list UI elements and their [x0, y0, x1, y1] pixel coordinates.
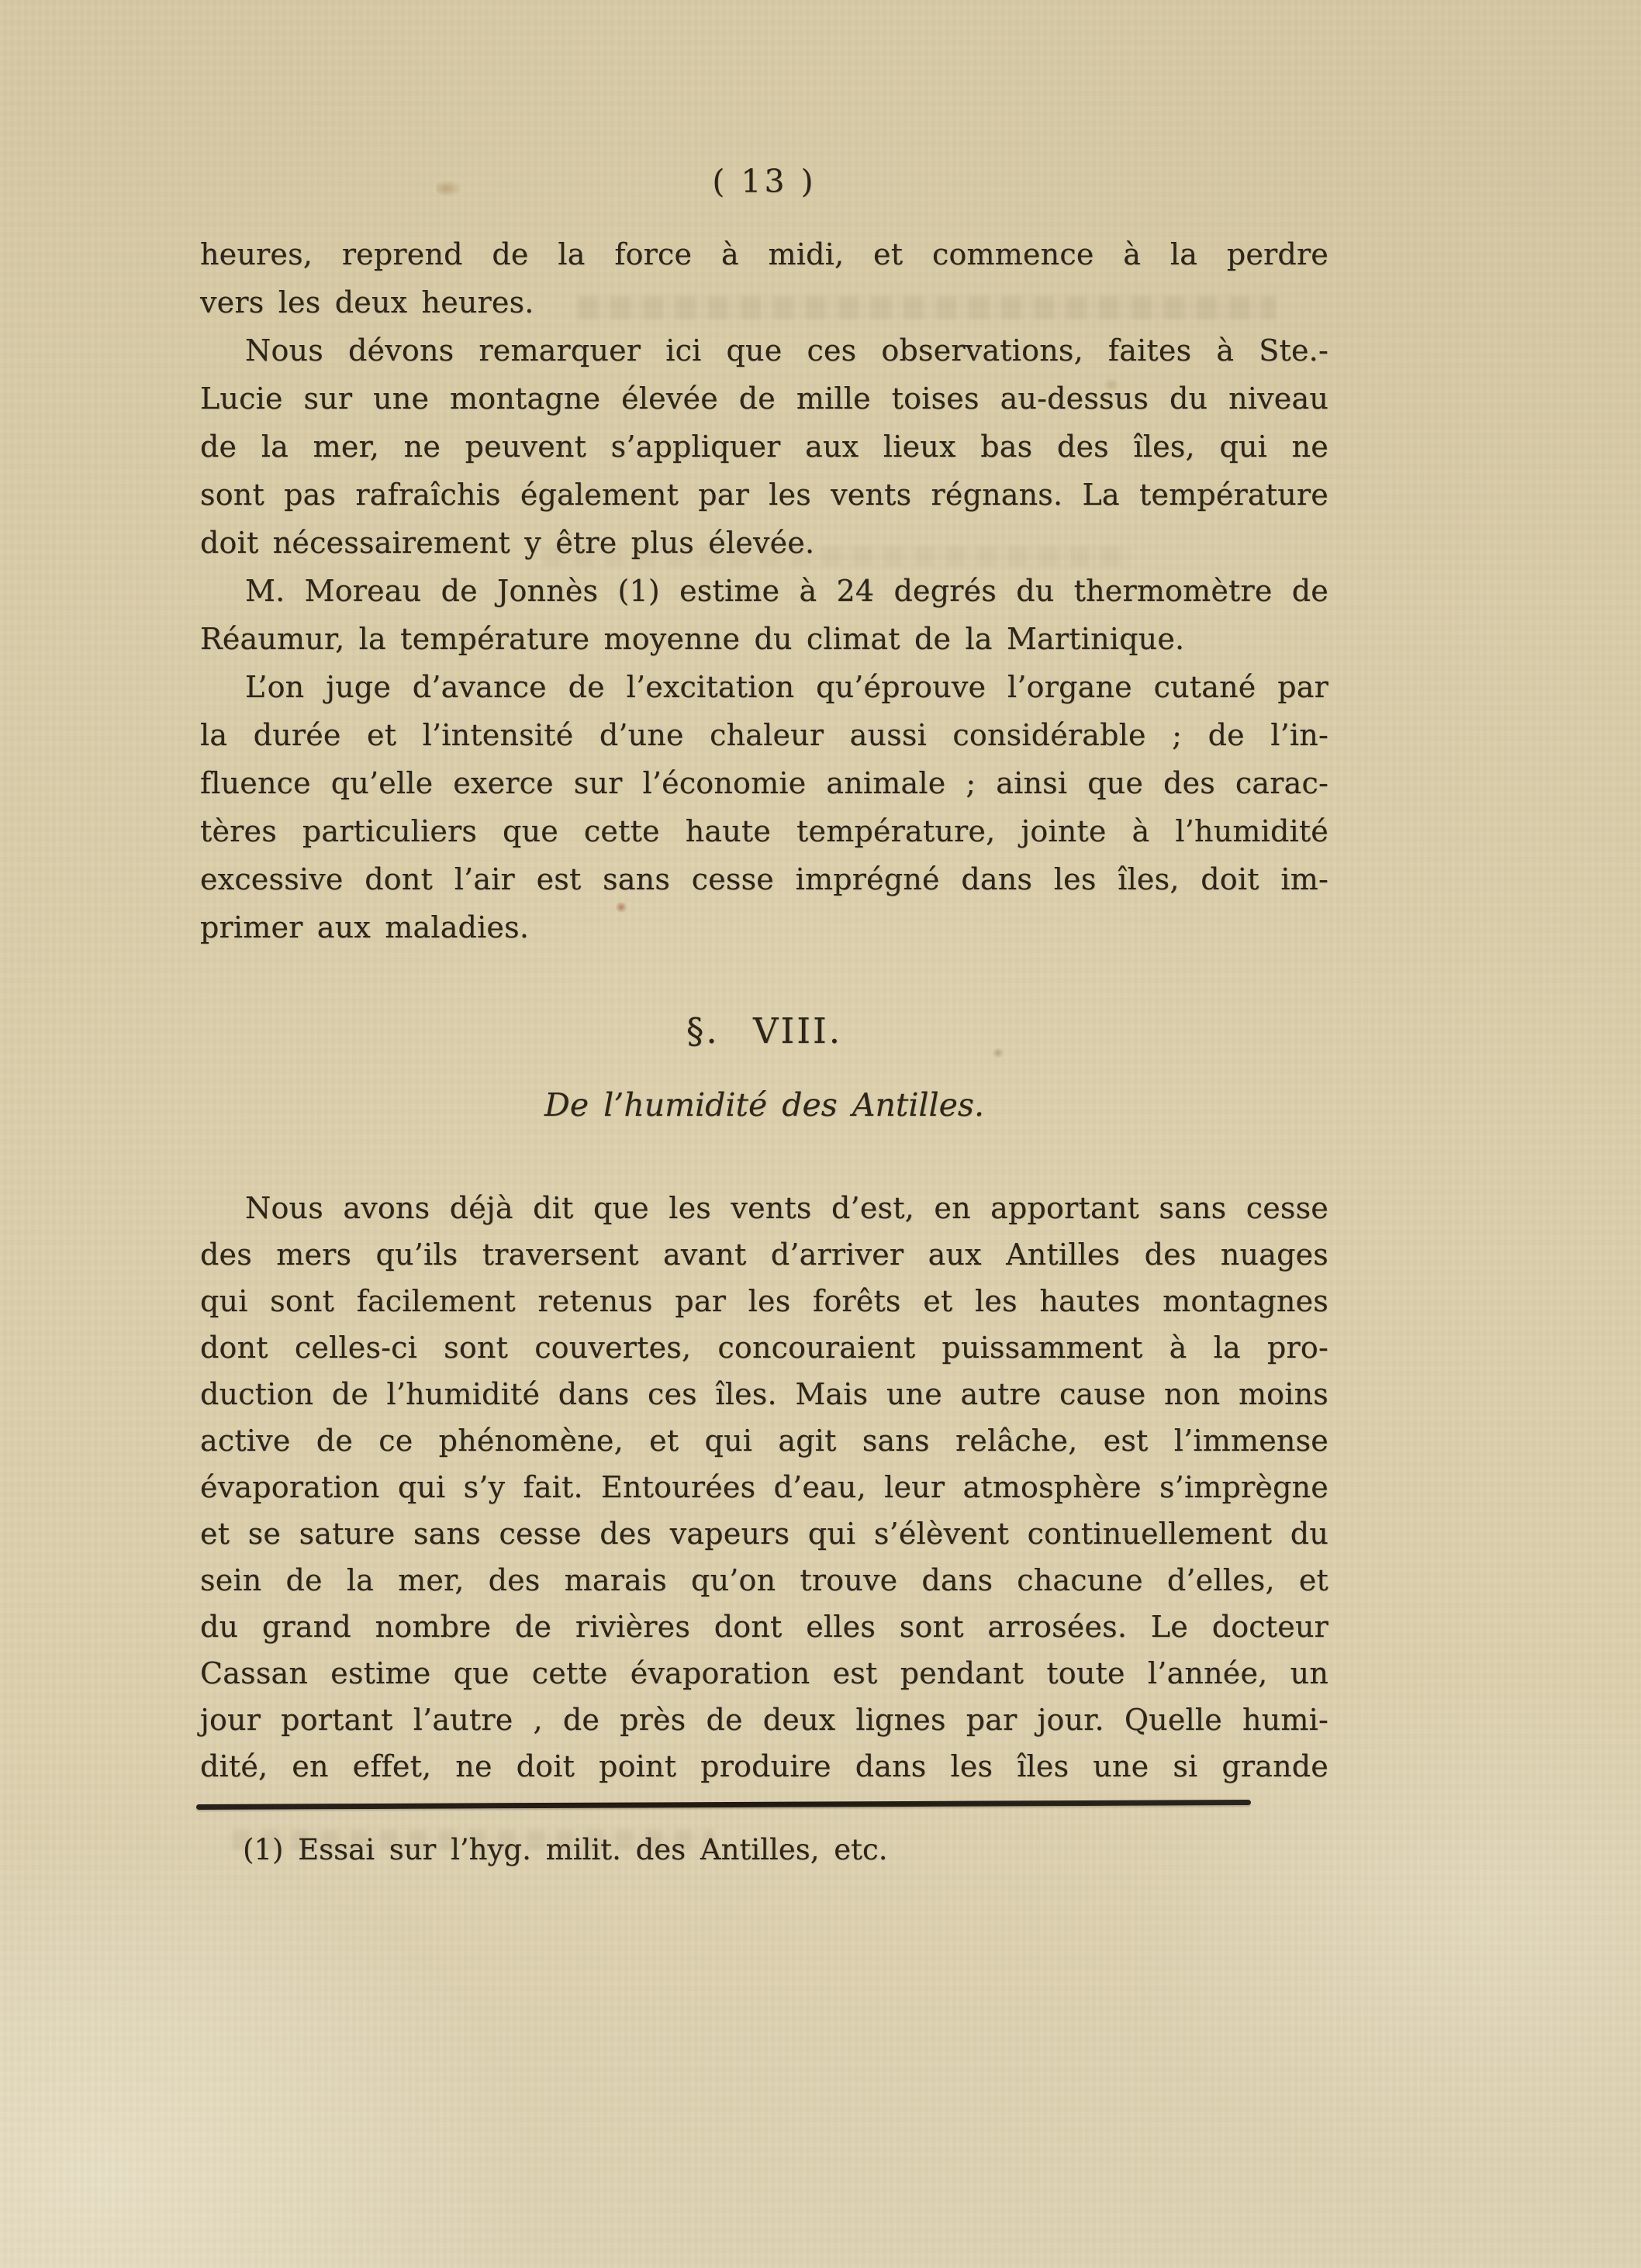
page-number: ( 13 ) [200, 157, 1328, 205]
footnote-separator-rule [196, 1800, 1251, 1810]
text-line: jour portant l’autre , de près de deux l… [200, 1697, 1328, 1743]
text-line: dité, en effet, ne doit point produire d… [200, 1743, 1328, 1790]
text-line: Nous avons déjà dit que les vents d’est,… [200, 1185, 1328, 1231]
section-title: De l’humidité des Antilles. [200, 1080, 1328, 1130]
book-page: ( 13 ) heures, reprend de la force à mid… [0, 0, 1641, 2268]
text-line: tères particuliers que cette haute tempé… [200, 807, 1328, 855]
text-line: doit nécessairement y être plus élevée. [200, 519, 1328, 567]
text-line: sont pas rafraîchis également par les ve… [200, 471, 1328, 519]
text-line: heures, reprend de la force à midi, et c… [200, 230, 1328, 278]
text-line: la durée et l’intensité d’une chaleur au… [200, 711, 1328, 759]
text-line: du grand nombre de rivières dont elles s… [200, 1603, 1328, 1650]
text-line: sein de la mer, des marais qu’on trouve … [200, 1557, 1328, 1603]
text-line: évaporation qui s’y fait. Entourées d’ea… [200, 1464, 1328, 1510]
text-line: primer aux maladies. [200, 903, 1328, 951]
text-line: L’on juge d’avance de l’excitation qu’ép… [200, 663, 1328, 711]
text-line: active de ce phénomène, et qui agit sans… [200, 1417, 1328, 1464]
text-line: des mers qu’ils traversent avant d’arriv… [200, 1231, 1328, 1278]
text-line: dont celles-ci sont couvertes, concourai… [200, 1324, 1328, 1371]
text-block-upper: heures, reprend de la force à midi, et c… [200, 230, 1328, 951]
section-label: §. VIII. [200, 1004, 1328, 1058]
footnote: (1) Essai sur l’hyg. milit. des Antilles… [200, 1827, 1328, 1873]
text-line: duction de l’humidité dans ces îles. Mai… [200, 1371, 1328, 1417]
text-line: et se sature sans cesse des vapeurs qui … [200, 1510, 1328, 1557]
text-line: Réaumur, la température moyenne du clima… [200, 615, 1328, 663]
text-line: fluence qu’elle exerce sur l’économie an… [200, 759, 1328, 807]
text-line: excessive dont l’air est sans cesse impr… [200, 855, 1328, 903]
text-line: Cassan estime que cette évaporation est … [200, 1650, 1328, 1697]
text-line: de la mer, ne peuvent s’appliquer aux li… [200, 423, 1328, 471]
text-line: vers les deux heures. [200, 278, 1328, 326]
text-block-lower: Nous avons déjà dit que les vents d’est,… [200, 1185, 1328, 1790]
text-line: Nous dévons remarquer ici que ces observ… [200, 326, 1328, 375]
text-line: qui sont facilement retenus par les forê… [200, 1278, 1328, 1324]
text-line: M. Moreau de Jonnès (1) estime à 24 degr… [200, 567, 1328, 615]
text-line: Lucie sur une montagne élevée de mille t… [200, 375, 1328, 423]
